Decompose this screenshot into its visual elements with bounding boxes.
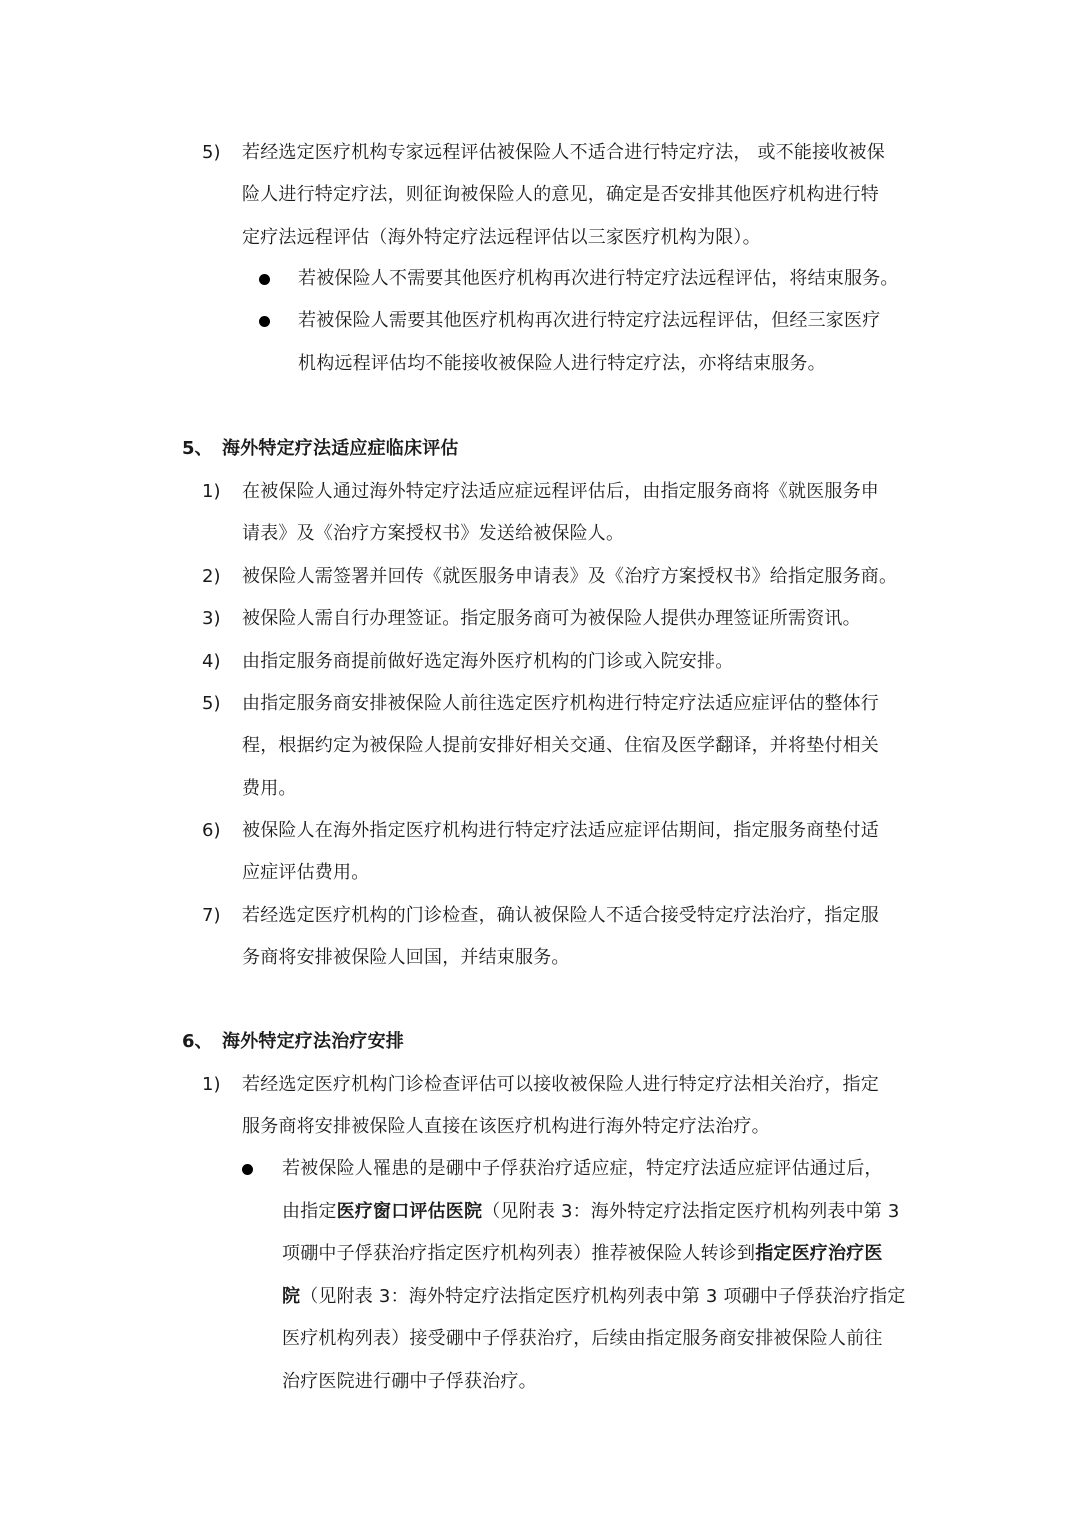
list-number: 2)	[202, 565, 220, 589]
bullet-text: 院（见附表 3：海外特定疗法指定医疗机构列表中第 3 项硼中子俘获治疗指定	[282, 1285, 905, 1309]
bullet-text: 若被保险人不需要其他医疗机构再次进行特定疗法远程评估，将结束服务。	[298, 267, 899, 291]
list-number: 1)	[202, 480, 220, 504]
paragraph-line: 服务商将安排被保险人直接在该医疗机构进行海外特定疗法治疗。	[242, 1115, 770, 1139]
paragraph-line: 请表》及《治疗方案授权书》发送给被保险人。	[242, 522, 624, 546]
bullet-text: 医疗机构列表）接受硼中子俘获治疗，后续由指定服务商安排被保险人前往	[282, 1327, 883, 1351]
paragraph-line: 费用。	[242, 777, 297, 801]
bold-term: 医疗窗口评估医院	[337, 1201, 483, 1222]
bullet-icon	[259, 316, 270, 327]
paragraph-line: 务商将安排被保险人回国，并结束服务。	[242, 946, 570, 970]
paragraph-line: 定疗法远程评估（海外特定疗法远程评估以三家医疗机构为限）。	[242, 226, 761, 250]
paragraph-line: 程，根据约定为被保险人提前安排好相关交通、住宿及医学翻译，并将垫付相关	[242, 734, 879, 758]
paragraph-line: 若经选定医疗机构专家远程评估被保险人不适合进行特定疗法， 或不能接收被保	[242, 141, 885, 165]
paragraph-line: 在被保险人通过海外特定疗法适应症远程评估后，由指定服务商将《就医服务申	[242, 480, 879, 504]
list-number: 7)	[202, 904, 220, 928]
list-number: 4)	[202, 650, 220, 674]
section-number: 6、	[182, 1030, 213, 1054]
section-title: 海外特定疗法适应症临床评估	[222, 437, 459, 461]
section-number: 5、	[182, 437, 213, 461]
bullet-text: 治疗医院进行硼中子俘获治疗。	[282, 1370, 537, 1394]
bullet-text: 项硼中子俘获治疗指定医疗机构列表）推荐被保险人转诊到指定医疗治疗医	[282, 1242, 883, 1266]
bullet-text: 若被保险人罹患的是硼中子俘获治疗适应症，特定疗法适应症评估通过后，	[282, 1157, 883, 1181]
bullet-icon	[242, 1164, 253, 1175]
paragraph-line: 险人进行特定疗法，则征询被保险人的意见，确定是否安排其他医疗机构进行特	[242, 183, 879, 207]
list-number: 5)	[202, 692, 220, 716]
paragraph-line: 被保险人需自行办理签证。指定服务商可为被保险人提供办理签证所需资讯。	[242, 607, 861, 631]
bullet-text: 若被保险人需要其他医疗机构再次进行特定疗法远程评估，但经三家医疗	[298, 309, 880, 333]
section-title: 海外特定疗法治疗安排	[222, 1030, 404, 1054]
list-number: 6)	[202, 819, 220, 843]
bullet-text: 由指定医疗窗口评估医院（见附表 3：海外特定疗法指定医疗机构列表中第 3	[282, 1200, 900, 1224]
paragraph-line: 由指定服务商安排被保险人前往选定医疗机构进行特定疗法适应症评估的整体行	[242, 692, 879, 716]
list-number: 5)	[202, 141, 220, 165]
bullet-text: 机构远程评估均不能接收被保险人进行特定疗法，亦将结束服务。	[298, 352, 826, 376]
list-number: 3)	[202, 607, 220, 631]
paragraph-line: 若经选定医疗机构门诊检查评估可以接收被保险人进行特定疗法相关治疗，指定	[242, 1073, 879, 1097]
paragraph-line: 若经选定医疗机构的门诊检查，确认被保险人不适合接受特定疗法治疗，指定服	[242, 904, 879, 928]
bullet-icon	[259, 274, 270, 285]
bold-term: 指定医疗治疗医	[755, 1243, 882, 1264]
bold-term: 院	[282, 1286, 300, 1307]
paragraph-line: 由指定服务商提前做好选定海外医疗机构的门诊或入院安排。	[242, 650, 733, 674]
paragraph-line: 应症评估费用。	[242, 861, 369, 885]
paragraph-line: 被保险人在海外指定医疗机构进行特定疗法适应症评估期间，指定服务商垫付适	[242, 819, 879, 843]
list-number: 1)	[202, 1073, 220, 1097]
paragraph-line: 被保险人需签署并回传《就医服务申请表》及《治疗方案授权书》给指定服务商。	[242, 565, 897, 589]
